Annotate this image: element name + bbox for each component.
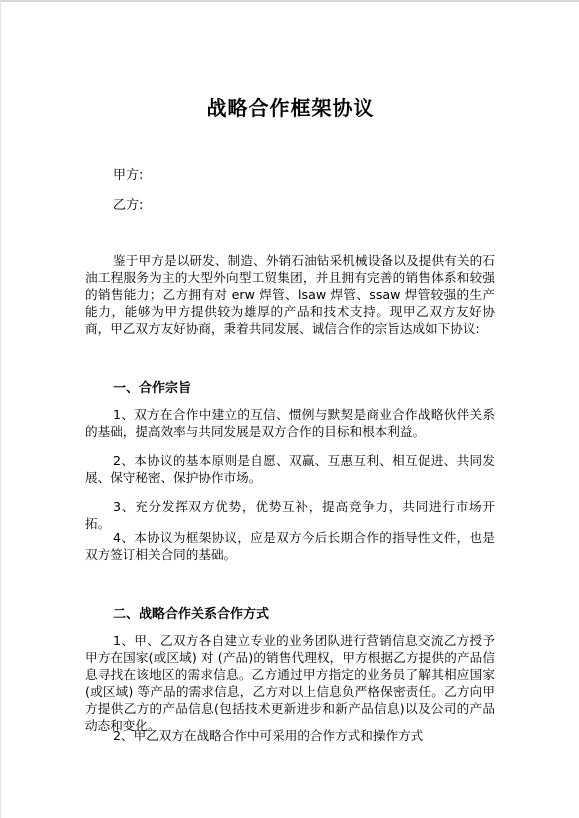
party-b-label: 乙方: [113,194,143,213]
section-2-item-1: 1、甲、乙双方各自建立专业的业务团队进行营销信息交流乙方授予甲方在国家(或区域)… [85,632,495,734]
section-2-item-2: 2、甲乙双方在战略合作中可采用的合作方式和操作方式 [85,727,495,744]
section-1-item-3: 3、充分发挥双方优势，优势互补，提高竞争力，共同进行市场开拓。 [85,498,495,532]
section-heading-2: 二、战略合作关系合作方式 [113,603,269,622]
party-a-label: 甲方: [113,164,143,183]
section-1-item-2: 2、本协议的基本原则是自愿、双赢、互惠互利、相互促进、共同发展、保守秘密、保护协… [85,452,495,486]
intro-paragraph: 鉴于甲方是以研发、制造、外销石油钻采机械设备以及提供有关的石油工程服务为主的大型… [85,252,495,337]
document-title: 战略合作框架协议 [1,92,579,121]
document-page: 战略合作框架协议 甲方: 乙方: 鉴于甲方是以研发、制造、外销石油钻采机械设备以… [0,0,579,818]
section-1-item-1: 1、双方在合作中建立的互信、惯例与默契是商业合作战略伙伴关系的基础，提高效率与共… [85,406,495,440]
section-heading-1: 一、合作宗旨 [113,377,191,396]
section-1-item-4: 4、本协议为框架协议，应是双方今后长期合作的指导性文件，也是双方签订相关合同的基… [85,529,495,563]
